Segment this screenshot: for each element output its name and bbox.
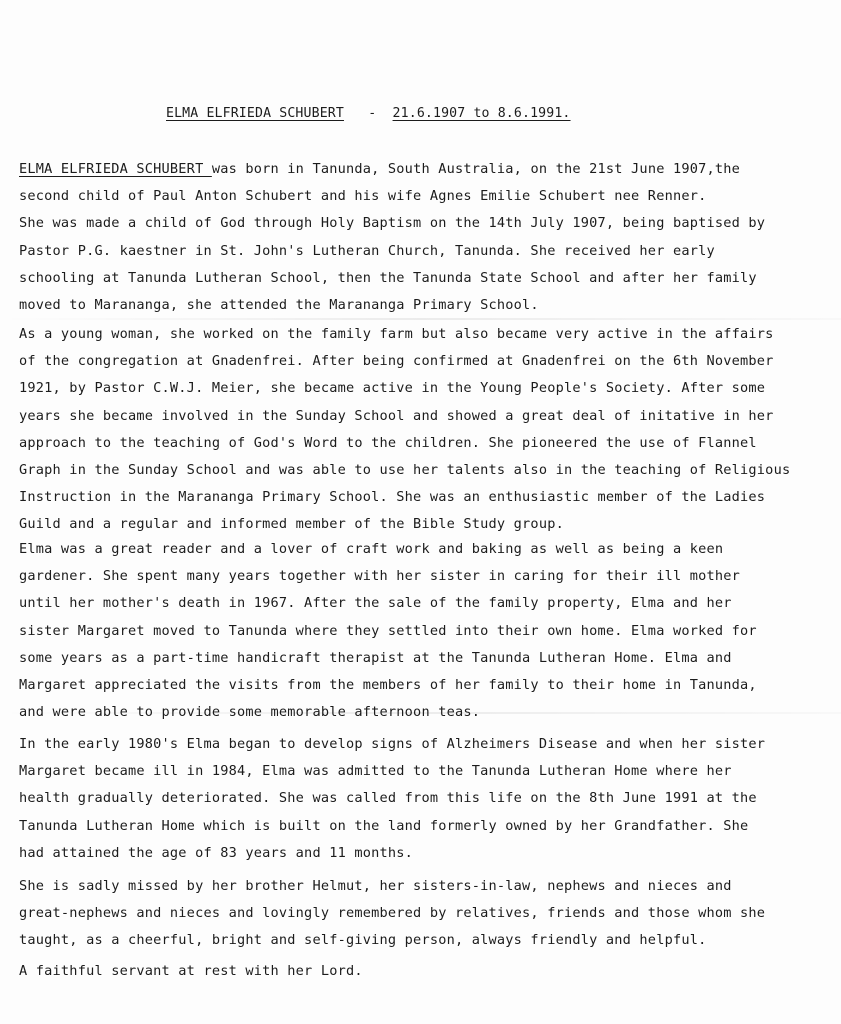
document-page: ELMA ELFRIEDA SCHUBERT - 21.6.1907 to 8.…: [0, 0, 841, 1024]
line-text: sister Margaret moved to Tanunda where t…: [19, 623, 757, 639]
line-text: great-nephews and nieces and lovingly re…: [19, 905, 765, 921]
text-line: until her mother's death in 1967. After …: [19, 594, 732, 612]
text-line: She was made a child of God through Holy…: [19, 214, 765, 232]
text-line: ELMA ELFRIEDA SCHUBERT was born in Tanun…: [19, 160, 740, 178]
line-text: Instruction in the Marananga Primary Sch…: [19, 489, 765, 505]
line-text: years she became involved in the Sunday …: [19, 408, 774, 424]
text-line: A faithful servant at rest with her Lord…: [19, 962, 363, 980]
text-line: Instruction in the Marananga Primary Sch…: [19, 488, 765, 506]
line-text: health gradually deteriorated. She was c…: [19, 790, 757, 806]
title-name: ELMA ELFRIEDA SCHUBERT: [166, 106, 344, 121]
title-dates: 21.6.1907 to 8.6.1991.: [393, 106, 571, 121]
text-line: had attained the age of 83 years and 11 …: [19, 844, 413, 862]
line-text: As a young woman, she worked on the fami…: [19, 326, 774, 342]
line-text: had attained the age of 83 years and 11 …: [19, 845, 413, 861]
line-text: second child of Paul Anton Schubert and …: [19, 188, 707, 204]
text-line: approach to the teaching of God's Word t…: [19, 434, 757, 452]
line-text: schooling at Tanunda Lutheran School, th…: [19, 270, 757, 286]
line-text: until her mother's death in 1967. After …: [19, 595, 732, 611]
title-separator: -: [368, 106, 376, 121]
line-text: In the early 1980's Elma began to develo…: [19, 736, 765, 752]
text-line: health gradually deteriorated. She was c…: [19, 789, 757, 807]
line-text: Tanunda Lutheran Home which is built on …: [19, 818, 748, 834]
line-text: of the congregation at Gnadenfrei. After…: [19, 353, 774, 369]
text-line: second child of Paul Anton Schubert and …: [19, 187, 707, 205]
text-line: As a young woman, she worked on the fami…: [19, 325, 774, 343]
text-line: Margaret appreciated the visits from the…: [19, 676, 757, 694]
line-text: approach to the teaching of God's Word t…: [19, 435, 757, 451]
line-text: Margaret became ill in 1984, Elma was ad…: [19, 763, 732, 779]
text-line: moved to Marananga, she attended the Mar…: [19, 296, 539, 314]
text-line: Guild and a regular and informed member …: [19, 515, 564, 533]
line-text: and were able to provide some memorable …: [19, 704, 480, 720]
line-text: She is sadly missed by her brother Helmu…: [19, 878, 732, 894]
text-line: sister Margaret moved to Tanunda where t…: [19, 622, 757, 640]
line-text: Pastor P.G. kaestner in St. John's Luthe…: [19, 243, 715, 259]
text-line: She is sadly missed by her brother Helmu…: [19, 877, 732, 895]
line-text: taught, as a cheerful, bright and self-g…: [19, 932, 707, 948]
paper-crease: [0, 318, 841, 320]
text-line: gardener. She spent many years together …: [19, 567, 740, 585]
subject-name: ELMA ELFRIEDA SCHUBERT: [19, 161, 212, 177]
text-line: and were able to provide some memorable …: [19, 703, 480, 721]
text-line: taught, as a cheerful, bright and self-g…: [19, 931, 707, 949]
line-text: 1921, by Pastor C.W.J. Meier, she became…: [19, 380, 765, 396]
text-line: years she became involved in the Sunday …: [19, 407, 774, 425]
text-line: of the congregation at Gnadenfrei. After…: [19, 352, 774, 370]
text-line: great-nephews and nieces and lovingly re…: [19, 904, 765, 922]
text-line: Tanunda Lutheran Home which is built on …: [19, 817, 748, 835]
text-line: In the early 1980's Elma began to develo…: [19, 735, 765, 753]
line-text: Guild and a regular and informed member …: [19, 516, 564, 532]
text-line: 1921, by Pastor C.W.J. Meier, she became…: [19, 379, 765, 397]
line-text: was born in Tanunda, South Australia, on…: [212, 161, 740, 177]
line-text: Elma was a great reader and a lover of c…: [19, 541, 723, 557]
text-line: Elma was a great reader and a lover of c…: [19, 540, 723, 558]
line-text: Margaret appreciated the visits from the…: [19, 677, 757, 693]
text-line: some years as a part-time handicraft the…: [19, 649, 732, 667]
line-text: some years as a part-time handicraft the…: [19, 650, 732, 666]
text-line: Graph in the Sunday School and was able …: [19, 461, 790, 479]
text-line: Pastor P.G. kaestner in St. John's Luthe…: [19, 242, 715, 260]
line-text: moved to Marananga, she attended the Mar…: [19, 297, 539, 313]
line-text: gardener. She spent many years together …: [19, 568, 740, 584]
document-title: ELMA ELFRIEDA SCHUBERT - 21.6.1907 to 8.…: [166, 106, 571, 121]
line-text: Graph in the Sunday School and was able …: [19, 462, 790, 478]
line-text: She was made a child of God through Holy…: [19, 215, 765, 231]
text-line: schooling at Tanunda Lutheran School, th…: [19, 269, 757, 287]
text-line: Margaret became ill in 1984, Elma was ad…: [19, 762, 732, 780]
line-text: A faithful servant at rest with her Lord…: [19, 963, 363, 979]
